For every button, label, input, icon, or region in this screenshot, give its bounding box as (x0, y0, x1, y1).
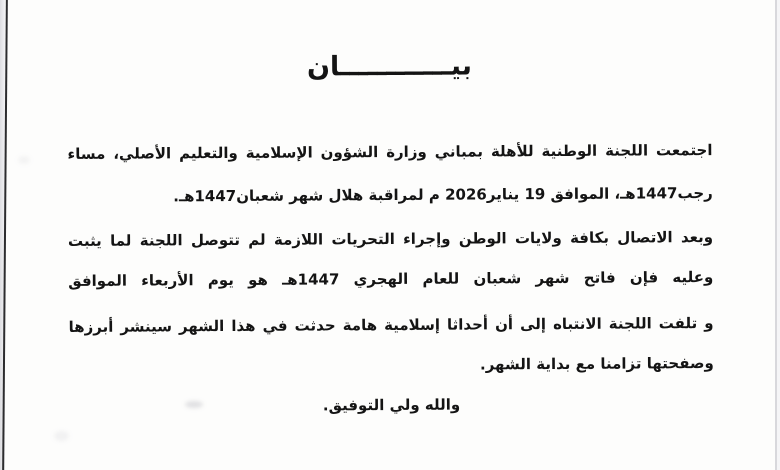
scan-right-edge-line (775, 0, 777, 470)
statement-line: و تلفت اللجنة الانتباه إلى أن أحداثا إسل… (68, 308, 713, 342)
statement-title: بيــــــــــــان (67, 46, 712, 88)
statement-line: وبعد الاتصال بكافة ولايات الوطن وإجراء ا… (68, 222, 713, 256)
scan-smudge (18, 156, 30, 164)
scanned-document-page: بيــــــــــــان اجتمعت اللجنة الوطنية ل… (0, 0, 780, 470)
statement-line: اجتمعت اللجنة الوطنية للأهلة بمباني وزار… (67, 135, 712, 169)
statement-line: وصفحتها تزامنا مع بداية الشهر. (69, 348, 714, 382)
statement-body: بيــــــــــــان اجتمعت اللجنة الوطنية ل… (67, 0, 715, 470)
statement-line: رجب1447هـ، الموافق 19 يناير2026 م لمراقب… (68, 178, 713, 212)
scan-smudge (54, 431, 69, 441)
statement-line: وعليه فإن فاتح شهر شعبان للعام الهجري 14… (68, 262, 713, 296)
statement-closing: والله ولي التوفيق. (69, 388, 714, 422)
